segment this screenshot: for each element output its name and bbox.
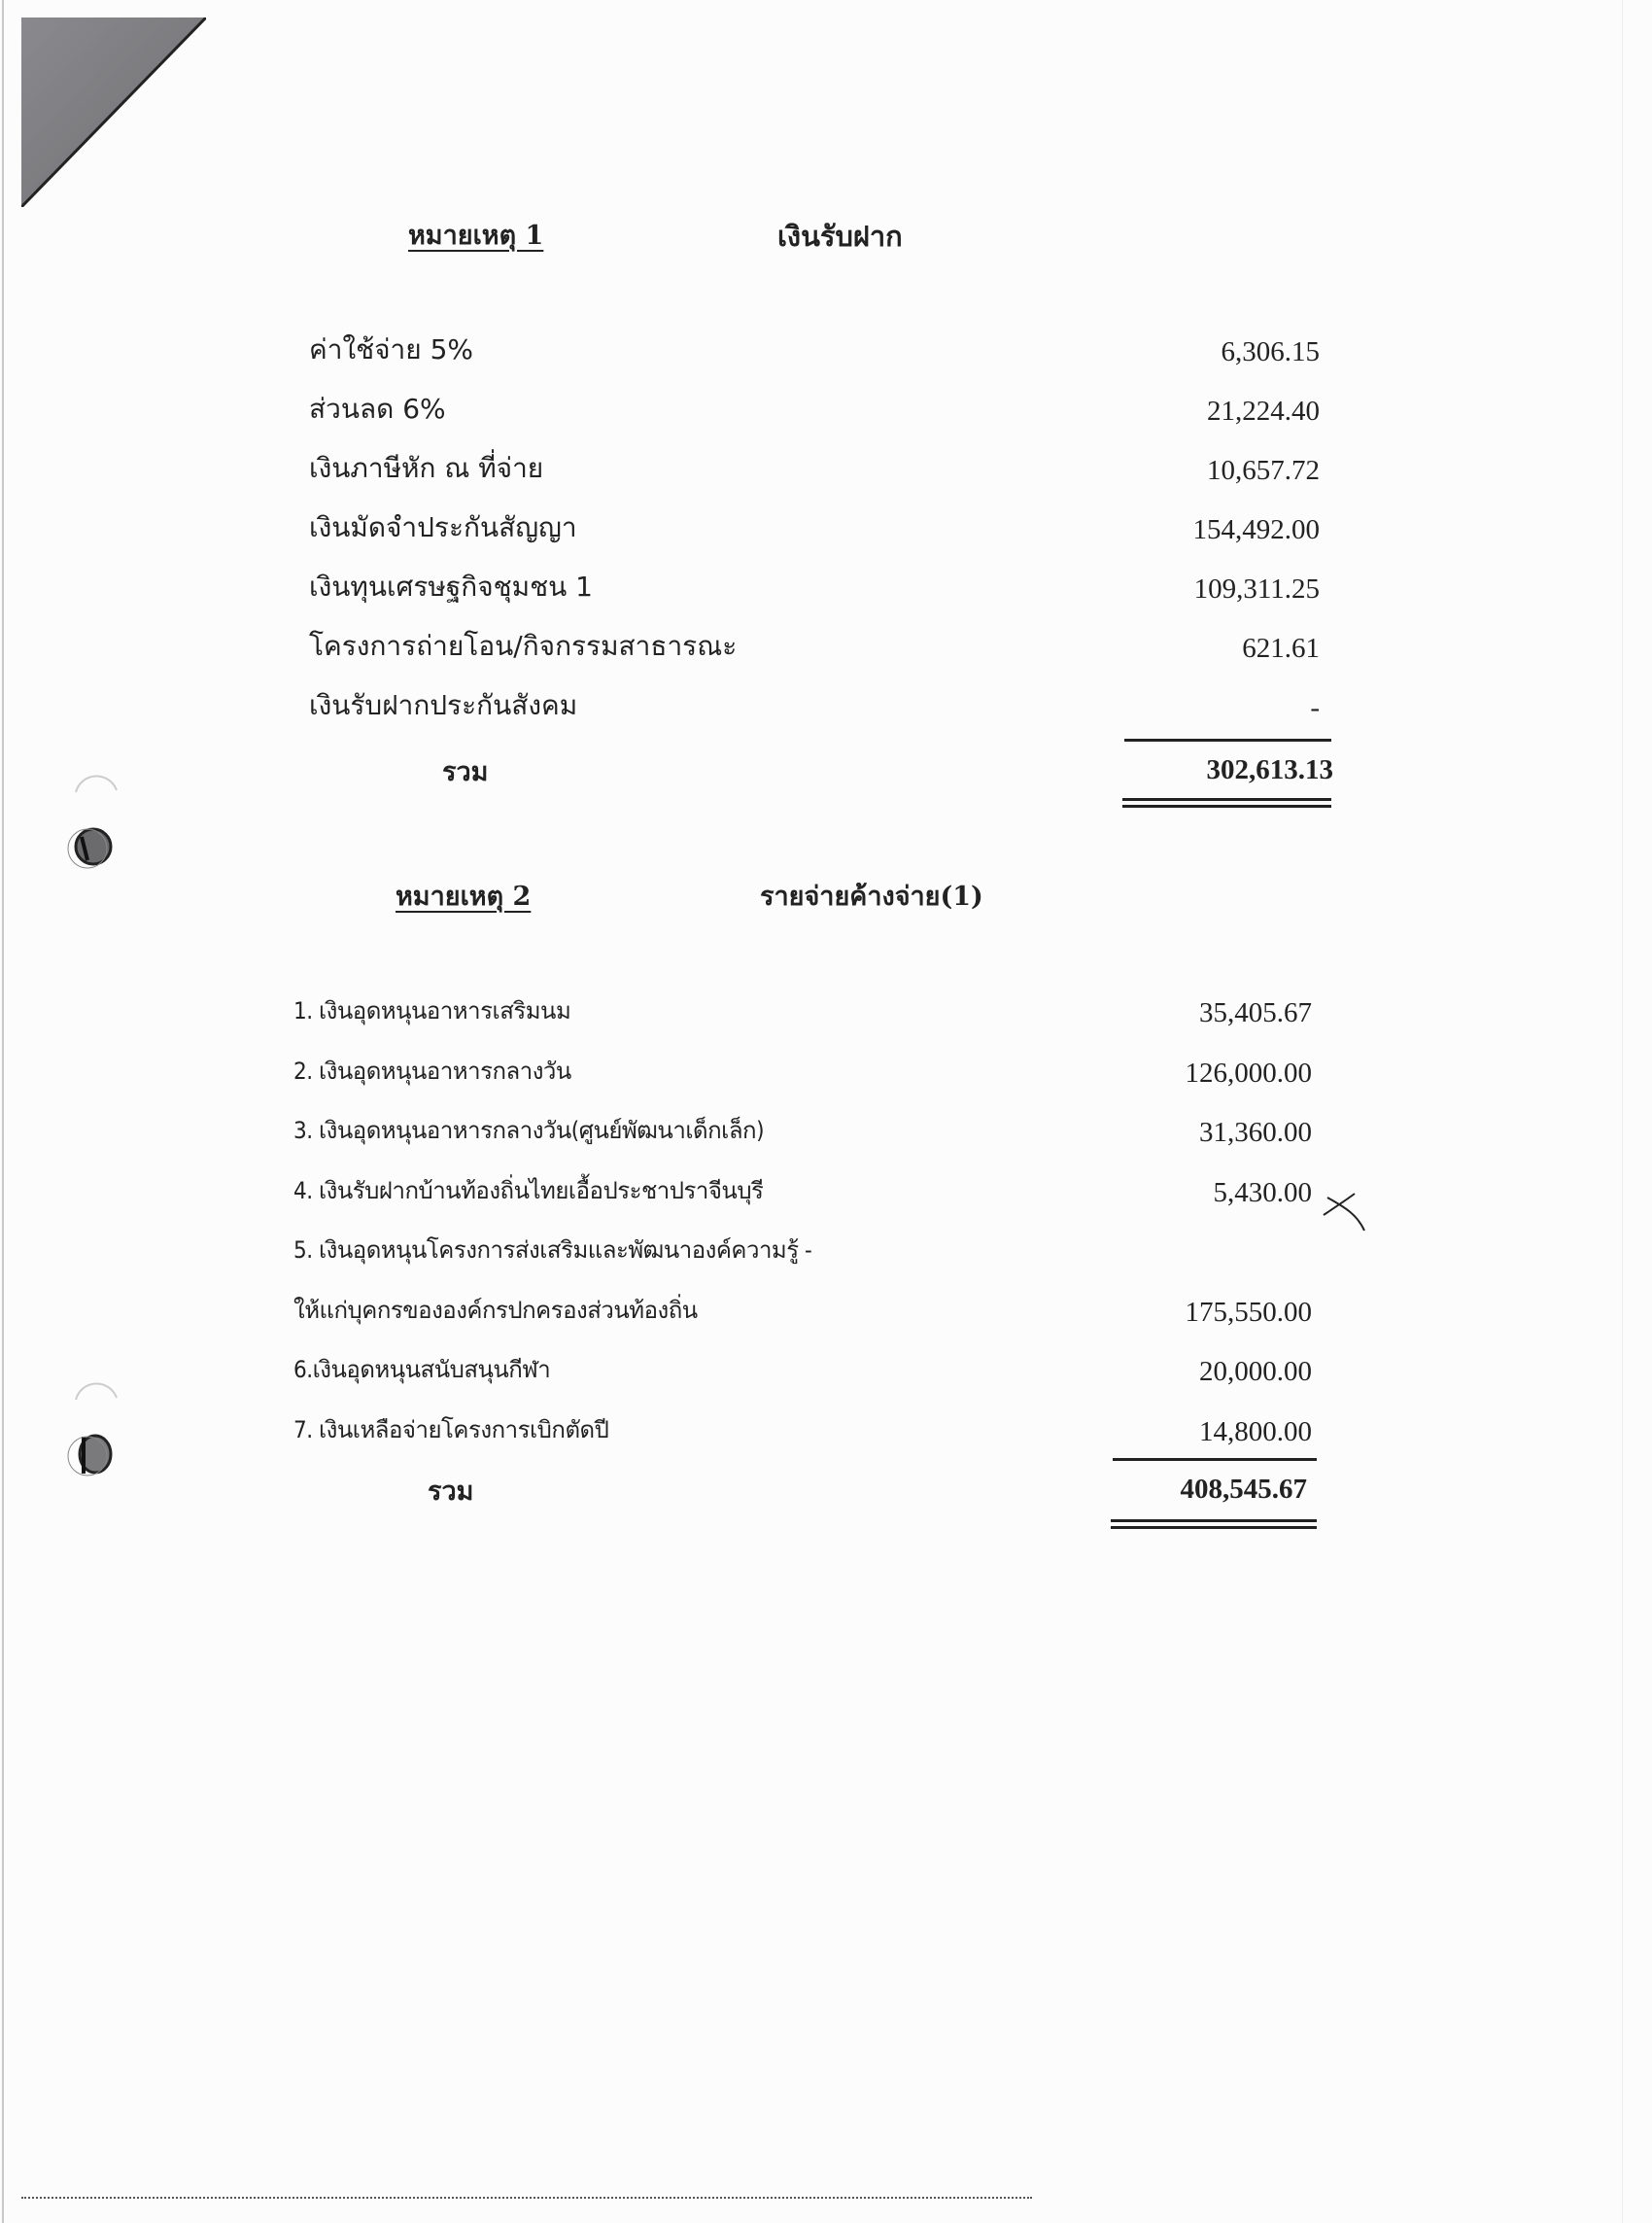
note1-total-amount: 302,613.13	[1118, 754, 1333, 786]
note1-title: เงินรับฝาก	[777, 214, 903, 259]
item-amount: 31,360.00	[1199, 1117, 1312, 1149]
x-mark-icon	[1322, 1188, 1370, 1236]
item-label: 3. เงินอุดหนุนอาหารกลางวัน(ศูนย์พัฒนาเด็…	[293, 1111, 764, 1149]
item-amount: 154,492.00	[1193, 514, 1321, 546]
list-item: เงินมัดจำประกันสัญญา154,492.00	[309, 506, 1320, 555]
subtotal-rule	[1124, 739, 1331, 742]
list-item: ส่วนลด 6%21,224.40	[309, 388, 1320, 436]
page-edge	[1622, 0, 1623, 2223]
item-label: เงินมัดจำประกันสัญญา	[309, 506, 577, 549]
subtotal-rule	[1113, 1458, 1317, 1461]
list-item: เงินทุนเศรษฐกิจชุมชน 1109,311.25	[309, 566, 1320, 614]
note2-heading: หมายเหตุ 2	[396, 875, 531, 917]
item-label: 5. เงินอุดหนุนโครงการส่งเสริมและพัฒนาองค…	[293, 1231, 811, 1268]
item-label: ให้แก่บุคกรขององค์กรปกครองส่วนท้องถิ่น	[293, 1291, 698, 1329]
item-amount: 6,306.15	[1222, 336, 1321, 368]
item-label: ส่วนลด 6%	[309, 388, 446, 431]
item-label: ค่าใช้จ่าย 5%	[309, 329, 473, 371]
item-label: เงินรับฝากประกันสังคม	[309, 684, 577, 727]
list-item: 3. เงินอุดหนุนอาหารกลางวัน(ศูนย์พัฒนาเด็…	[293, 1111, 1312, 1160]
list-item: เงินภาษีหัก ณ ที่จ่าย10,657.72	[309, 447, 1320, 496]
list-item: ค่าใช้จ่าย 5%6,306.15	[309, 329, 1320, 377]
list-item: 5. เงินอุดหนุนโครงการส่งเสริมและพัฒนาองค…	[293, 1231, 1312, 1279]
item-amount: -	[1310, 692, 1320, 724]
folded-corner-icon	[21, 17, 206, 207]
list-item: ให้แก่บุคกรขององค์กรปกครองส่วนท้องถิ่น17…	[293, 1291, 1312, 1339]
item-amount: 621.61	[1242, 633, 1320, 665]
list-item: 4. เงินรับฝากบ้านท้องถิ่นไทยเอื้อประชาปร…	[293, 1171, 1312, 1220]
note2-label: หมายเหตุ 2	[396, 882, 531, 912]
item-label: 6.เงินอุดหนุนสนับสนุนกีฬา	[293, 1350, 550, 1388]
item-label: 2. เงินอุดหนุนอาหารกลางวัน	[293, 1052, 571, 1090]
note1-heading: หมายเหตุ 1	[408, 214, 543, 256]
item-amount: 10,657.72	[1207, 455, 1320, 487]
punch-hole-icon	[60, 1361, 119, 1477]
total-double-rule	[1122, 798, 1331, 808]
item-label: เงินภาษีหัก ณ ที่จ่าย	[309, 447, 543, 490]
item-label: 1. เงินอุดหนุนอาหารเสริมนม	[293, 991, 570, 1029]
page-edge	[2, 0, 4, 2223]
item-amount: 5,430.00	[1214, 1177, 1313, 1209]
punch-hole-icon	[60, 753, 119, 870]
list-item: 7. เงินเหลือจ่ายโครงการเบิกตัดปี14,800.0…	[293, 1410, 1312, 1459]
list-item: เงินรับฝากประกันสังคม-	[309, 684, 1320, 733]
item-amount: 21,224.40	[1207, 396, 1320, 428]
note2-total-amount: 408,545.67	[1098, 1474, 1307, 1506]
item-amount: 20,000.00	[1199, 1356, 1312, 1388]
list-item: 1. เงินอุดหนุนอาหารเสริมนม35,405.67	[293, 991, 1312, 1040]
item-amount: 109,311.25	[1194, 573, 1320, 606]
item-amount: 35,405.67	[1199, 997, 1312, 1029]
item-label: 4. เงินรับฝากบ้านท้องถิ่นไทยเอื้อประชาปร…	[293, 1171, 763, 1209]
item-amount: 175,550.00	[1186, 1297, 1313, 1329]
note1-label: หมายเหตุ 1	[408, 221, 543, 251]
list-item: 2. เงินอุดหนุนอาหารกลางวัน126,000.00	[293, 1052, 1312, 1100]
item-amount: 14,800.00	[1199, 1416, 1312, 1448]
scan-line	[21, 2197, 1032, 2199]
note1-total-label: รวม	[442, 750, 488, 792]
item-amount: 126,000.00	[1186, 1058, 1313, 1090]
total-double-rule	[1111, 1519, 1317, 1529]
item-label: 7. เงินเหลือจ่ายโครงการเบิกตัดปี	[293, 1410, 608, 1448]
item-label: โครงการถ่ายโอน/กิจกรรมสาธารณะ	[309, 625, 737, 668]
list-item: 6.เงินอุดหนุนสนับสนุนกีฬา20,000.00	[293, 1350, 1312, 1399]
item-label: เงินทุนเศรษฐกิจชุมชน 1	[309, 566, 593, 608]
note2-title: รายจ่ายค้างจ่าย(1)	[760, 875, 983, 917]
note2-total-label: รวม	[428, 1470, 473, 1511]
list-item: โครงการถ่ายโอน/กิจกรรมสาธารณะ621.61	[309, 625, 1320, 674]
